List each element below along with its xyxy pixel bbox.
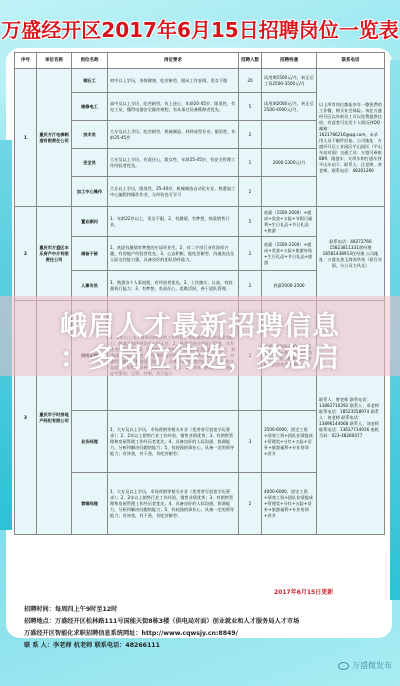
table-row: 1 重庆方汀电梯制造有限责任公司 钢石工 初中以上学历，身体健康，吃苦耐劳，服从…: [15, 69, 385, 93]
position-salary: 底薪（1500-2000）+提成+奖金+五险+节假日福利+生日礼品+节日礼品+旅…: [262, 207, 317, 237]
update-note: 2017年6月15日更新: [274, 587, 333, 596]
company-no: 2: [15, 207, 37, 301]
header-no: 序号: [15, 53, 37, 69]
position-count: 3: [239, 411, 262, 473]
position-requirements: 1、欢迎有激情有梦想的应届毕业生。2、对二手房行业有浓厚兴趣，有房地产经验者优先…: [108, 237, 239, 271]
position-salary: [262, 121, 317, 149]
position-name: 业务经理: [72, 411, 108, 473]
position-count: 2: [239, 177, 262, 207]
position-requirements: 1、大专及以上学历，市场营销等相关专业（优秀者可放宽学历要求）；2、2年以上销售…: [108, 411, 239, 473]
position-name: 维修电工: [72, 93, 108, 121]
company-contact: 以上所有岗位都能享有一整免费的工作餐，购买社会保险。该住万盛经开区以外的员工可以…: [317, 69, 385, 207]
position-requirements: 大专及以上学历，吃苦耐劳，机械制造、材料成型专业，限男性，年龄25-45岁: [108, 121, 239, 149]
wechat-icon: [338, 662, 349, 670]
header-contact: 联系电话: [317, 53, 385, 69]
position-count: 2: [239, 121, 262, 149]
header-count: 招聘人数: [239, 53, 262, 69]
company-contact: 联系电话：48272766 15823811331贾经理 18581438913…: [317, 207, 385, 301]
recruitment-place: 招聘地点：万盛经开区松林路111号国能天街8栋3楼（供电局对面）创业就业和人才服…: [24, 616, 299, 628]
recruitment-contact: 联 系 人：李老师 杭老师 联系电话：48266111: [24, 640, 299, 652]
recruitment-time: 招聘时间：每周四上午9时至12时: [24, 604, 299, 616]
position-name: 钢石工: [72, 69, 108, 93]
position-count: 20: [239, 69, 262, 93]
position-requirements: 大专及以上学历，有责任心，限女性，年龄25-45岁，有安全管理工作经验者优先。: [108, 149, 239, 177]
position-requirements: 1、年龄22岁以上，男女不限。2、有激情，有梦想，热爱销售行业。: [108, 207, 239, 237]
header-salary: 招聘待遇: [262, 53, 317, 69]
position-requirements: 1、大专及以上学历，市场营销等相关专业（优秀者可放宽学历要求）；2、2年以上销售…: [108, 473, 239, 535]
position-name: 储备干部: [72, 237, 108, 271]
header-position: 岗位名称: [72, 53, 108, 69]
position-requirements: 初中以上学历，身体健康，吃苦耐劳，服从工作安排，男女不限: [108, 69, 239, 93]
recruitment-info: 招聘时间：每周四上午9时至12时 招聘地点：万盛经开区松林路111号国能天街8栋…: [24, 604, 299, 652]
position-salary: 4000-6000，固定工资+绩效工资+团队业绩提成+管理奖+分红+五险+话补+…: [262, 473, 317, 535]
position-salary: 试用期1500元/月，转正后工资2500-3500元/月: [262, 69, 317, 93]
position-count: 2: [239, 473, 262, 535]
watermark: 万盛微发布: [338, 660, 392, 671]
page-title: 万盛经开区2017年6月15日招聘岗位一览表: [0, 14, 400, 43]
position-name: 加工中心操作: [72, 177, 108, 207]
company-name: 重庆市万盛区丰乐房产中介有限责任公司: [37, 207, 72, 301]
header-company: 单位名称: [37, 53, 72, 69]
position-requirements: 大专以上学历，限男性，25-40岁，机械制造自动化专业，熟悉加工中心编程和操作作…: [108, 177, 239, 207]
watermark-text: 万盛微发布: [352, 660, 392, 671]
company-no: 1: [15, 69, 37, 207]
position-name: 技术员: [72, 121, 108, 149]
position-count: 2: [239, 237, 262, 271]
position-requirements: 高中及以上学历，吃苦耐劳，有上进心，年龄20-45岁，限男性，有电工证，懂得电器…: [108, 93, 239, 121]
headline-overlay-line2: ：多岗位待选，梦想启: [0, 336, 400, 375]
position-name: 营销经理: [72, 473, 108, 535]
position-count: 5: [239, 207, 262, 237]
table-row: 2 重庆市万盛区丰乐房产中介有限责任公司 置业顾问 1、年龄22岁以上，男女不限…: [15, 207, 385, 237]
position-salary: [262, 177, 317, 207]
recruitment-website: 万盛经开区智能化求职招聘信息系统网址：http://www.cqwsjy.cn:…: [24, 628, 299, 640]
jobs-table: 序号 单位名称 岗位名称 岗位要求 招聘人数 招聘待遇 联系电话 1 重庆方汀电…: [14, 52, 385, 535]
position-salary: 2000-2300元/月: [262, 149, 317, 177]
position-count: 5: [239, 93, 262, 121]
position-name: 安全员: [72, 149, 108, 177]
position-salary: 底薪（1500-2200）+提成+奖金+五险+旅游补贴+生日礼品+节日礼品+旅游: [262, 237, 317, 271]
table-header-row: 序号 单位名称 岗位名称 岗位要求 招聘人数 招聘待遇 联系电话: [15, 53, 385, 69]
position-count: 1: [239, 149, 262, 177]
position-name: 置业顾问: [72, 207, 108, 237]
position-salary: 试用期2000元/月，转正后2500-4000元/月。: [262, 93, 317, 121]
header-requirements: 岗位要求: [108, 53, 239, 69]
company-name: 重庆方汀电梯制造有限责任公司: [37, 69, 72, 207]
position-salary: 3500-6000，固定工资+绩效工资+团队业绩提成+管理奖+分红+五险+话补+…: [262, 411, 317, 473]
